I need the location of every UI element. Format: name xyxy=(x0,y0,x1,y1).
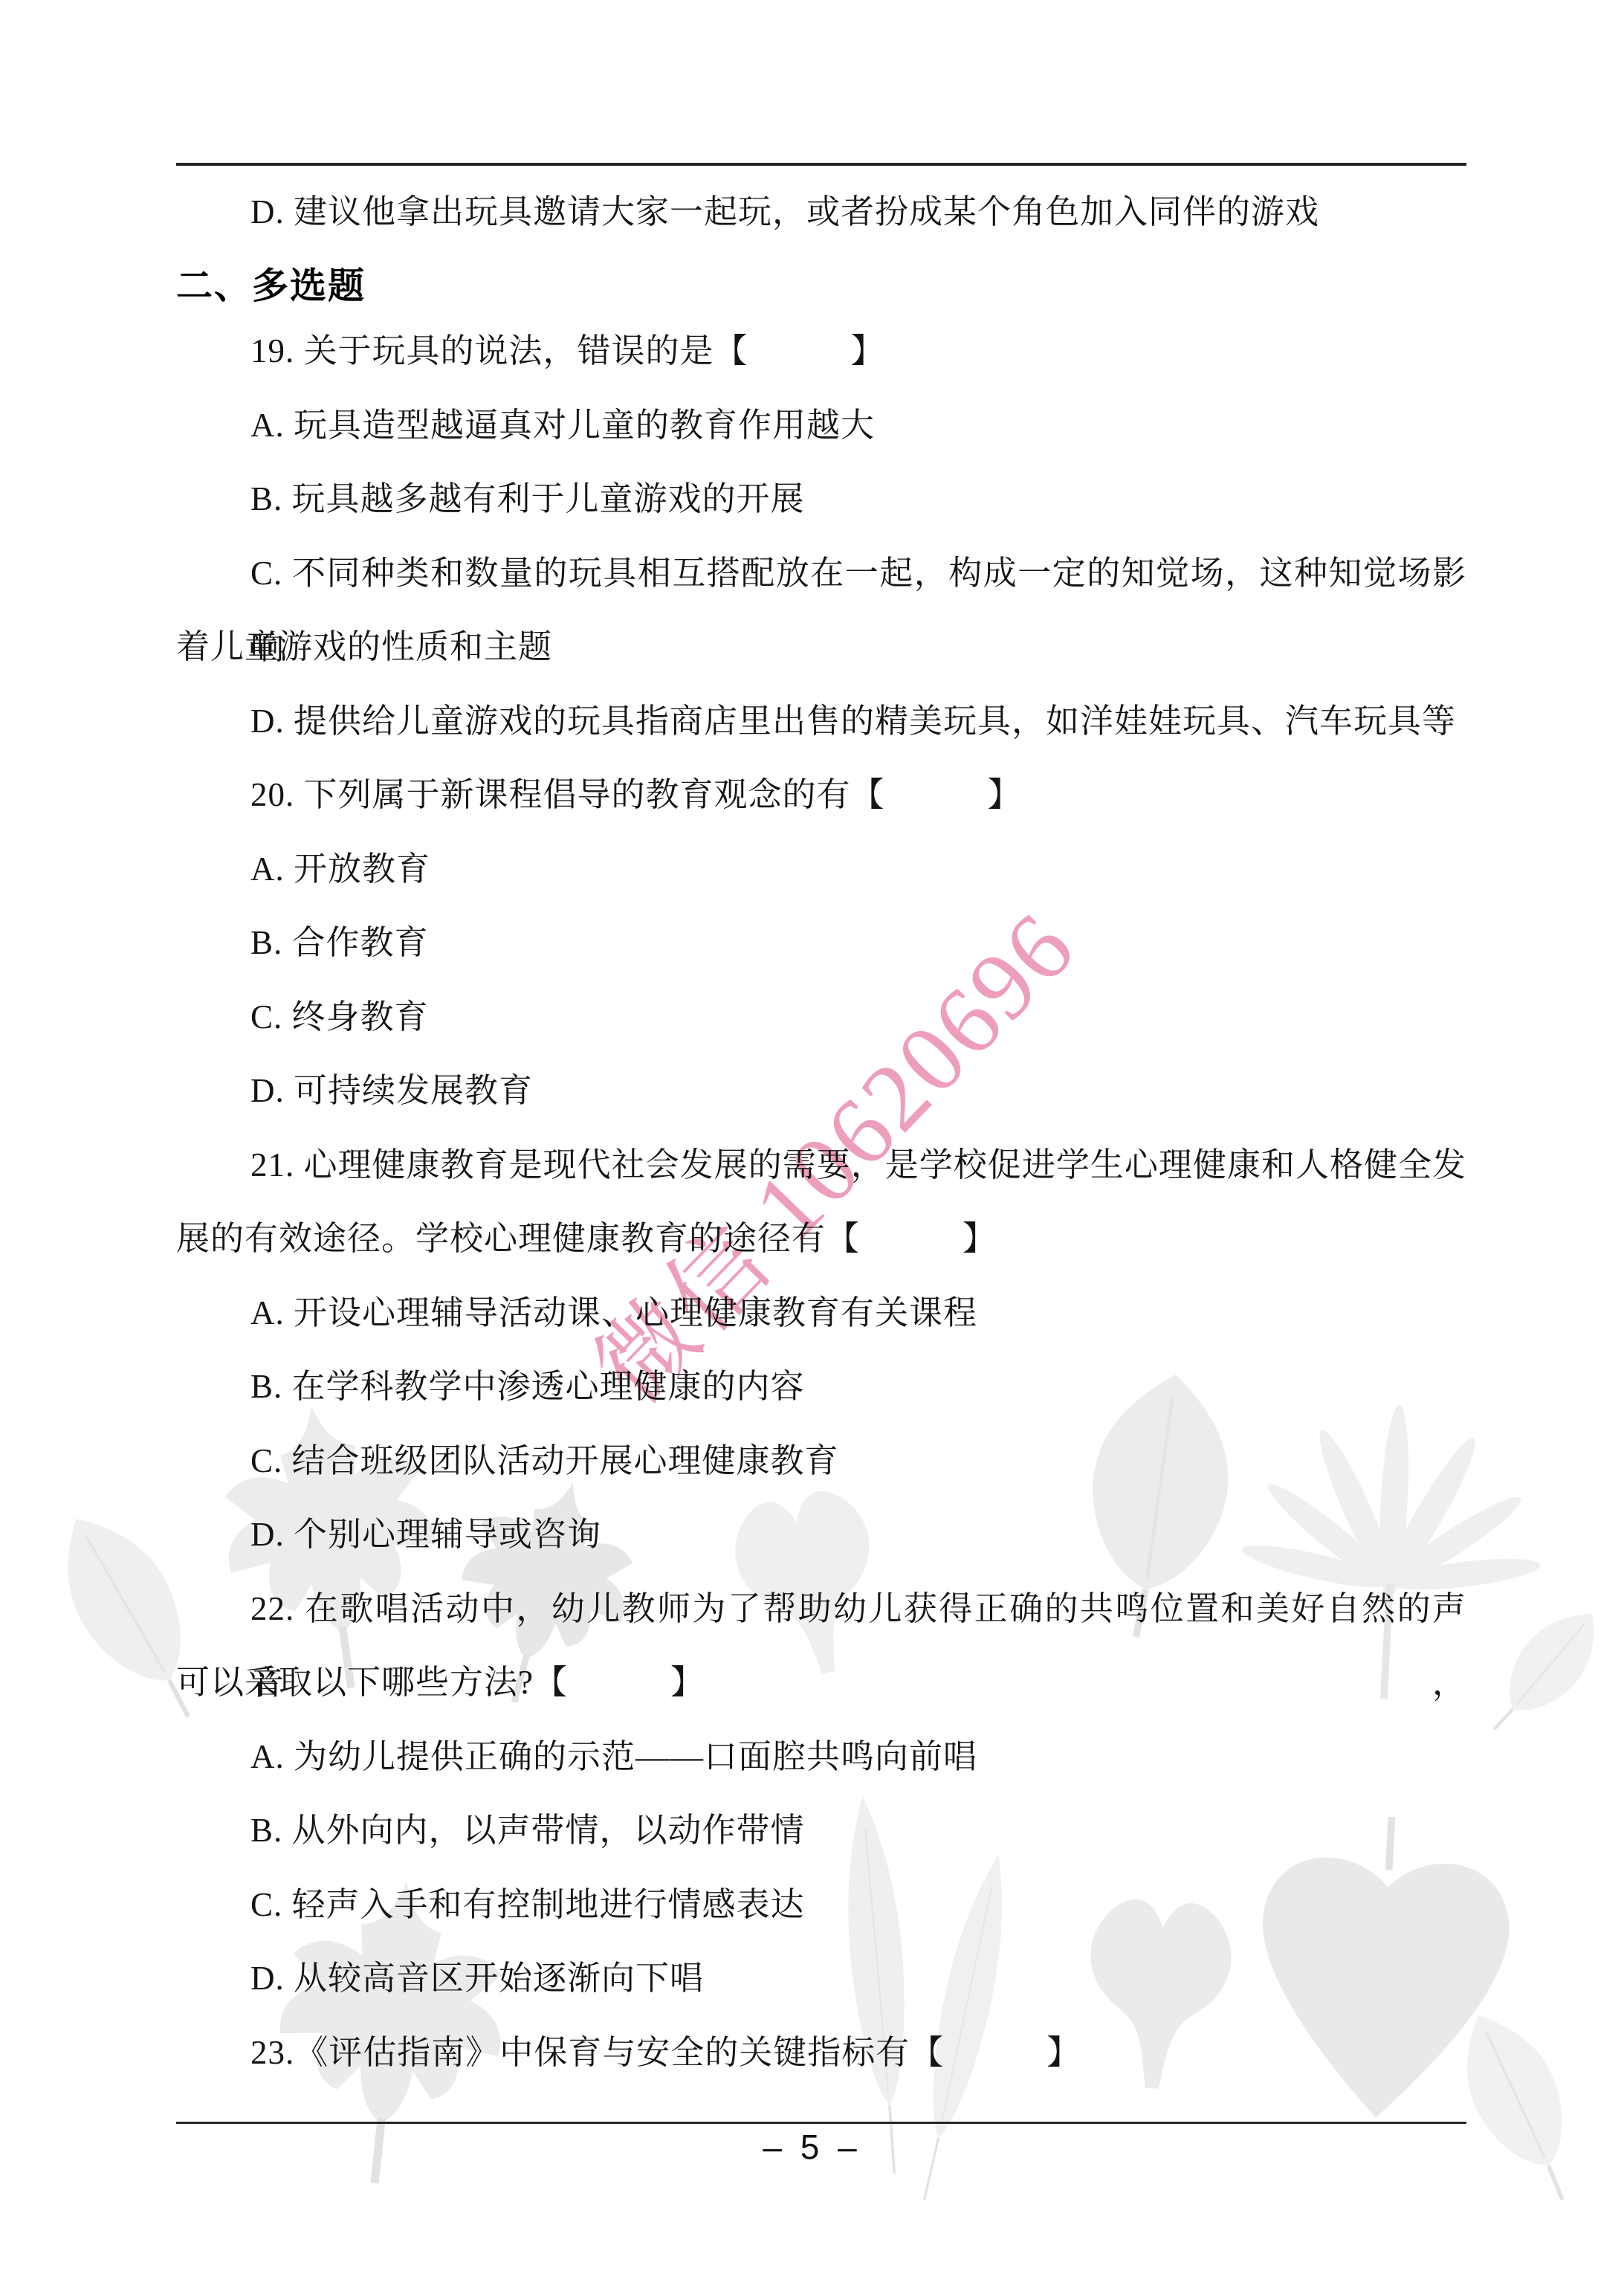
question-line: 23.《评估指南》中保育与安全的关键指标有【 】 xyxy=(176,2015,1466,2090)
page-number: – 5 – xyxy=(0,2125,1624,2169)
option-line: D. 建议他拿出玩具邀请大家一起玩，或者扮成某个角色加入同伴的游戏 xyxy=(176,175,1466,249)
continuation-line: 展的有效途径。学校心理健康教育的途径有【 】 xyxy=(176,1201,1466,1276)
option-line: A. 为幼儿提供正确的示范——口面腔共鸣向前唱 xyxy=(176,1719,1466,1794)
option-line: D. 从较高音区开始逐渐向下唱 xyxy=(176,1941,1466,2015)
option-line: A. 开设心理辅导活动课、心理健康教育有关课程 xyxy=(176,1276,1466,1350)
option-line: B. 在学科教学中渗透心理健康的内容 xyxy=(176,1349,1466,1424)
continuation-line: 可以采取以下哪些方法?【 】 xyxy=(176,1645,1466,1719)
footer-rule xyxy=(176,2122,1466,2124)
option-line: C. 不同种类和数量的玩具相互搭配放在一起，构成一定的知觉场，这种知觉场影响 xyxy=(176,536,1466,610)
option-line: C. 终身教育 xyxy=(176,980,1466,1054)
option-line: A. 玩具造型越逼真对儿童的教育作用越大 xyxy=(176,388,1466,462)
question-line: 19. 关于玩具的说法，错误的是【 】 xyxy=(176,314,1466,388)
leaf-icon xyxy=(1472,1594,1617,1750)
question-line: 21. 心理健康教育是现代社会发展的需要，是学校促进学生心理健康和人格健全发 xyxy=(176,1128,1466,1202)
section-heading: 二、多选题 xyxy=(176,249,1466,323)
option-line: D. 可持续发展教育 xyxy=(176,1053,1466,1128)
question-line: 20. 下列属于新课程倡导的教育观念的有【 】 xyxy=(176,758,1466,832)
option-line: C. 轻声入手和有控制地进行情感表达 xyxy=(176,1867,1466,1942)
option-line: D. 提供给儿童游戏的玩具指商店里出售的精美玩具，如洋娃娃玩具、汽车玩具等 xyxy=(176,684,1466,758)
option-line: B. 合作教育 xyxy=(176,905,1466,980)
question-line: 22. 在歌唱活动中，幼儿教师为了帮助幼儿获得正确的共鸣位置和美好自然的声音， xyxy=(176,1572,1466,1646)
header-rule xyxy=(176,163,1466,166)
option-line: D. 个别心理辅导或咨询 xyxy=(176,1497,1466,1572)
option-line: B. 玩具越多越有利于儿童游戏的开展 xyxy=(176,462,1466,536)
option-line: B. 从外向内，以声带情，以动作带情 xyxy=(176,1793,1466,1867)
continuation-line: 着儿童游戏的性质和主题 xyxy=(176,610,1466,684)
option-line: A. 开放教育 xyxy=(176,832,1466,906)
option-line: C. 结合班级团队活动开展心理健康教育 xyxy=(176,1424,1466,1498)
exam-page: 微信 10620696 D. 建议他拿出玩具邀请大家一起玩，或者扮成某个角色加入… xyxy=(0,0,1624,2283)
